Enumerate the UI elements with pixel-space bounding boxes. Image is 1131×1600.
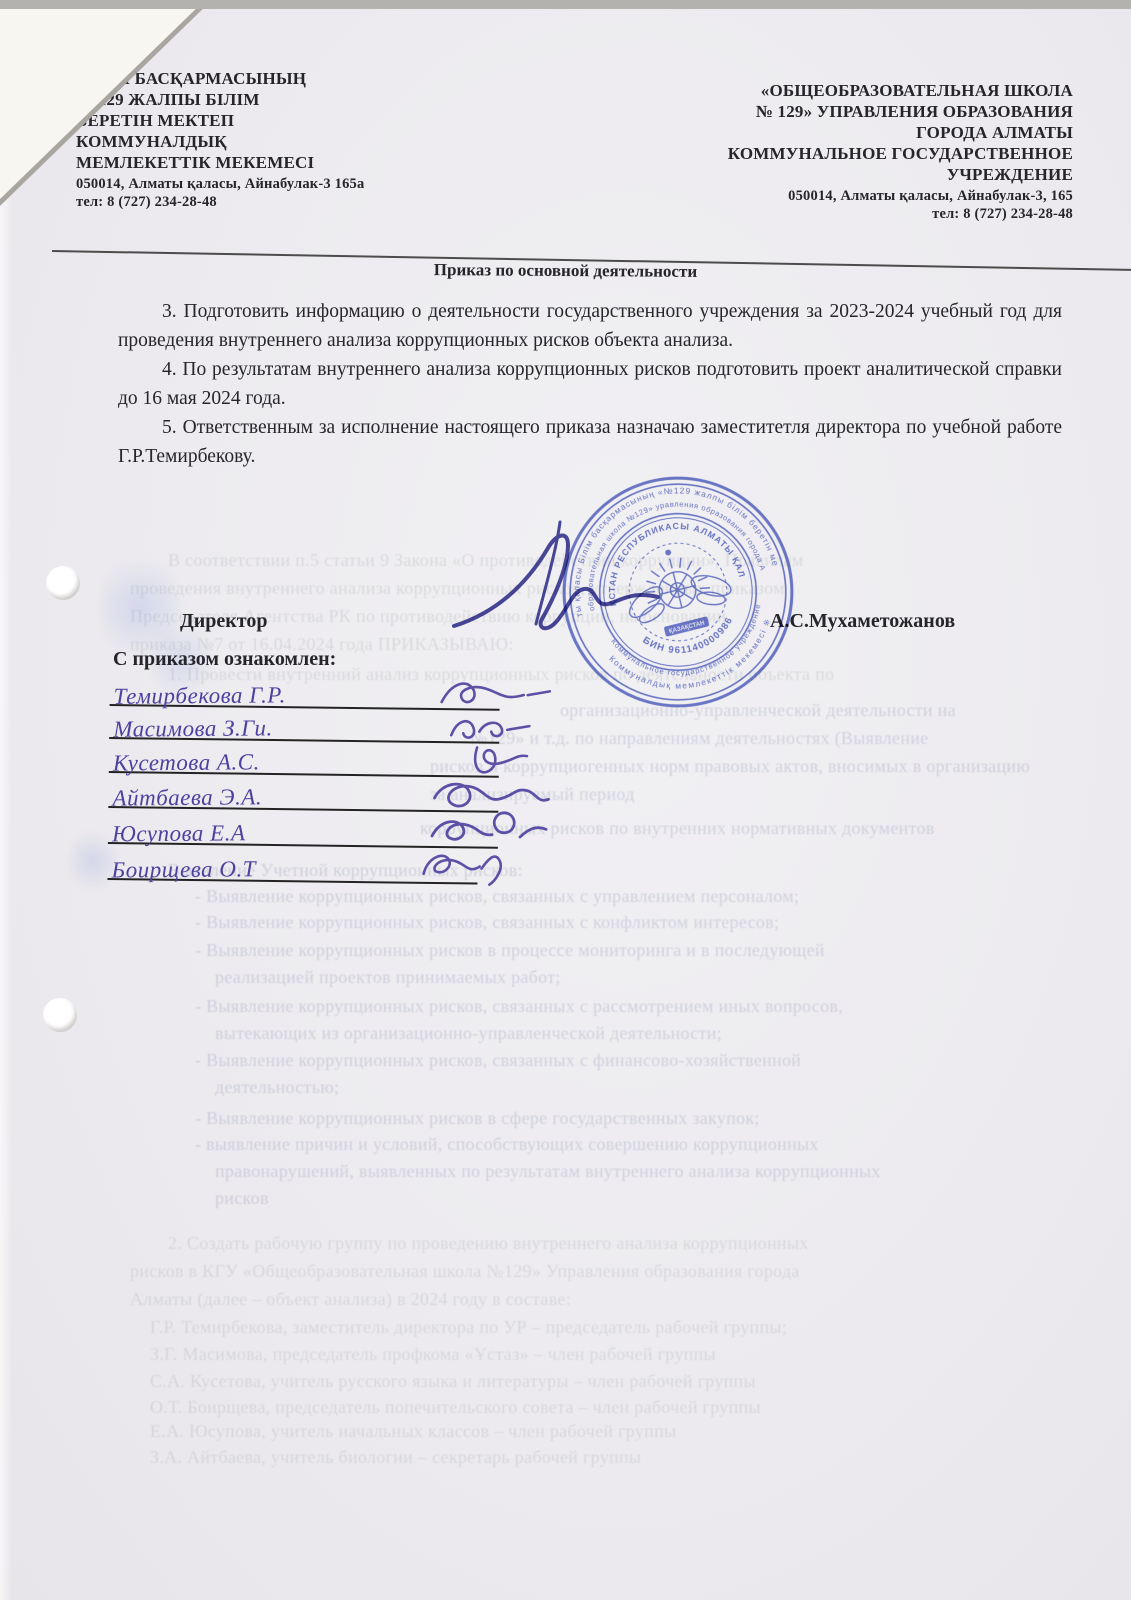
ghost-line: Е.А. Юсупова, учитель начальных классов … <box>150 1421 676 1442</box>
org-line: УЧРЕЖДЕНИЕ <box>573 164 1073 185</box>
ghost-line: рисков <box>215 1188 269 1209</box>
ghost-line: Г.Р. Темирбекова, заместитель директора … <box>150 1317 787 1338</box>
scan-edge-left <box>0 0 12 1600</box>
signatory-row: Кусетова А.С. <box>109 739 499 778</box>
ghost-line: О.Т. Боирщева, председатель попечительск… <box>150 1397 761 1418</box>
letterhead-kazakh: БІЛІМ БАСҚАРМАСЫНЫҢ № 129 ЖАЛПЫ БІЛІМ БЕ… <box>76 68 506 211</box>
ghost-line: С.А. Кусетова, учитель русского языка и … <box>150 1371 756 1392</box>
ghost-line: З.А. Айтбаева, учитель биологии – секрет… <box>150 1447 641 1468</box>
ghost-line: - Выявление коррупционных рисков, связан… <box>195 996 843 1017</box>
org-address: 050014, Алматы қаласы, Айнабулак-3, 165 <box>573 187 1073 205</box>
ghost-line: - Выявление коррупционных рисков, связан… <box>195 1050 801 1071</box>
org-phone: тел: 8 (727) 234-28-48 <box>573 205 1073 223</box>
signatory-row: Боирщева О.Т <box>107 846 477 885</box>
ghost-line: 2. Создать рабочую группу по проведению … <box>168 1233 809 1254</box>
scan-edge-top <box>0 0 1131 9</box>
org-line: БЕРЕТІН МЕКТЕП <box>76 110 506 131</box>
order-body: 3. Подготовить информацию о деятельности… <box>118 297 1062 471</box>
org-line: № 129 ЖАЛПЫ БІЛІМ <box>76 89 506 110</box>
org-line: № 129» УПРАВЛЕНИЯ ОБРАЗОВАНИЯ <box>573 101 1073 122</box>
document-kind-title: Приказ по основной деятельности <box>0 257 1131 285</box>
signatory-row: Масимова З.Ги. <box>109 705 499 744</box>
hole-punch <box>46 566 80 600</box>
acknowledgement-heading: С приказом ознакомлен: <box>113 648 336 671</box>
acknowledgement-list: Темирбекова Г.Р. Масимова З.Ги. Кусетова… <box>107 672 540 907</box>
org-line: КОММУНАЛЬНОЕ ГОСУДАРСТВЕННОЕ <box>573 143 1073 164</box>
org-line: ГОРОДА АЛМАТЫ <box>573 122 1073 143</box>
hole-punch <box>43 998 77 1032</box>
org-phone: тел: 8 (727) 234-28-48 <box>76 193 506 211</box>
ghost-line: З.Г. Масимова, председатель профкома «Ұс… <box>150 1344 716 1365</box>
ghost-line: реализацией проектов принимаемых работ; <box>215 967 561 988</box>
signatory-row: Юсупова Е.А <box>108 810 498 849</box>
ghost-line: - Выявление коррупционных рисков в сфере… <box>195 1108 760 1129</box>
signatory-name: Боирщева О.Т <box>111 856 256 883</box>
ghost-line: - выявление причин и условий, способству… <box>195 1134 819 1155</box>
scanned-order-page: В соответствии п.5 статьи 9 Закона «О пр… <box>0 0 1131 1600</box>
order-paragraph: 3. Подготовить информацию о деятельности… <box>118 297 1062 355</box>
ghost-line: вытекающих из организационно-управленчес… <box>215 1023 722 1044</box>
ghost-line: рисков в КГУ «Общеобразовательная школа … <box>130 1261 800 1282</box>
org-line: БІЛІМ БАСҚАРМАСЫНЫҢ <box>76 68 506 89</box>
ghost-line: деятельностью; <box>215 1077 339 1098</box>
letterhead-russian: «ОБЩЕОБРАЗОВАТЕЛЬНАЯ ШКОЛА № 129» УПРАВЛ… <box>573 80 1073 223</box>
org-line: МЕМЛЕКЕТТІК МЕКЕМЕСІ <box>76 152 506 173</box>
org-line: КОММУНАЛДЫҚ <box>76 131 506 152</box>
signatory-signature <box>415 846 536 891</box>
signatory-name: Юсупова Е.А <box>112 820 246 847</box>
ghost-line: правонарушений, выявленных по результата… <box>215 1161 881 1182</box>
order-paragraph: 4. По результатам внутреннего анализа ко… <box>118 355 1062 413</box>
order-paragraph: 5. Ответственным за исполнение настоящег… <box>118 413 1062 471</box>
signatory-name: Айтбаева Э.А. <box>112 784 262 811</box>
ghost-line: Алматы (далее – объект анализа) в 2024 г… <box>130 1289 571 1310</box>
org-address: 050014, Алматы қаласы, Айнабулак-3 165а <box>76 175 506 193</box>
ghost-line: - Выявление коррупционных рисков в проце… <box>195 940 825 961</box>
director-label: Директор <box>180 610 268 633</box>
signatory-row: Айтбаева Э.А. <box>108 774 498 813</box>
ghost-line: - Выявление коррупционных рисков, связан… <box>195 912 779 933</box>
director-signature <box>440 512 690 662</box>
org-line: «ОБЩЕОБРАЗОВАТЕЛЬНАЯ ШКОЛА <box>573 80 1073 101</box>
signatory-name: Кусетова А.С. <box>113 749 260 776</box>
